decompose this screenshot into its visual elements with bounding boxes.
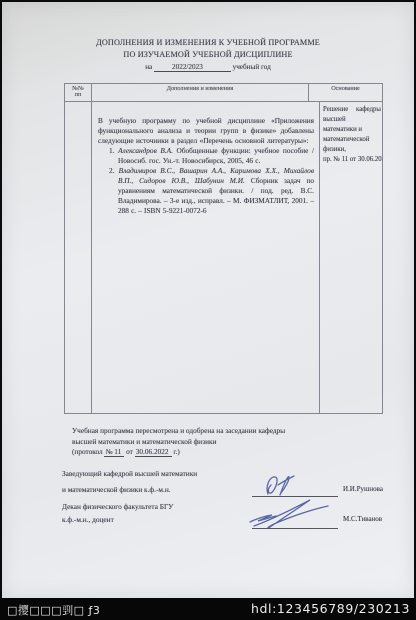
basis-line: математической: [323, 135, 381, 145]
protocol-line: (протокол № 11 от 30.06.2022 г.): [72, 447, 372, 458]
signature1-role-line1: Заведующий кафедрой высшей математики: [62, 469, 197, 478]
changes-cell: В учебную программу по учебной дисциплин…: [92, 102, 320, 414]
year-suffix: учебный год: [233, 63, 271, 71]
basis-line: физики,: [323, 145, 381, 155]
protocol-suffix: г.): [173, 447, 179, 456]
approval-line2: высшей математики и математической физик…: [72, 437, 372, 448]
basis-line: высшей математики и: [323, 115, 381, 135]
year-prefix: на: [145, 63, 152, 71]
item-number: 1.: [109, 146, 114, 155]
changes-table: №№ пп Дополнения и изменения Основание В…: [64, 83, 383, 414]
table-body-row: В учебную программу по учебной дисциплин…: [65, 102, 382, 414]
approval-note: Учебная программа пересмотрена и одобрен…: [72, 426, 372, 458]
col-num-header-line2: пп: [65, 92, 91, 99]
document-page: ДОПОЛНЕНИЯ И ИЗМЕНЕНИЯ К УЧЕБНОЙ ПРОГРАМ…: [2, 2, 414, 598]
row-number-cell: [65, 102, 92, 414]
signature1-role-line2: и математической физики к.ф.-м.н.: [62, 485, 171, 494]
approval-line1: Учебная программа пересмотрена и одобрен…: [72, 426, 372, 437]
signature2-role-line1: Декан физического факультета БГУ: [62, 502, 173, 511]
blank-underline: [154, 64, 170, 72]
basis-line: пр. № 11 от 30.06.2022: [323, 155, 381, 165]
document-title-block: ДОПОЛНЕНИЯ И ИЗМЕНЕНИЯ К УЧЕБНОЙ ПРОГРАМ…: [2, 38, 414, 72]
item-number: 2.: [109, 166, 114, 175]
basis-line: Решение кафедры: [323, 105, 381, 115]
signature2-scribble-icon: [236, 496, 340, 532]
col-basis-header: Основание: [309, 84, 382, 102]
handle-identifier: hdl:123456789/230213: [251, 601, 410, 616]
basis-cell: Решение кафедры высшей математики и мате…: [320, 102, 382, 414]
academic-year-line: на 2022/2023 учебный год: [2, 63, 414, 73]
blank-underline: [205, 64, 231, 72]
signature2-role-line2: к.ф.-м.н., доцент: [62, 515, 114, 524]
doc-title-line2: ПО ИЗУЧАЕМОЙ УЧЕБНОЙ ДИСЦИПЛИНЕ: [2, 50, 414, 59]
viewer-window: { "doc": { "title_line1": "ДОПОЛНЕНИЯ И …: [0, 0, 416, 620]
academic-year-value: 2022/2023: [170, 63, 205, 73]
table-header-row: №№ пп Дополнения и изменения Основание: [65, 84, 382, 102]
literature-item-1: 1. Александров В.А. Обобщенные функции: …: [98, 146, 314, 166]
protocol-mid: от: [126, 447, 133, 456]
protocol-prefix: (протокол: [72, 447, 103, 456]
doc-title-line1: ДОПОЛНЕНИЯ И ИЗМЕНЕНИЯ К УЧЕБНОЙ ПРОГРАМ…: [2, 38, 414, 47]
signature2-name: М.С.Тиванов: [343, 515, 382, 523]
col-changes-header: Дополнения и изменения: [92, 84, 309, 102]
signature1-scribble-icon: [260, 470, 306, 498]
status-garbled-text: □撄□□□剄□ ƒ3: [7, 602, 100, 618]
literature-item-2: 2. Владимиров В.С., Вашарин А.А., Каримо…: [98, 166, 314, 216]
protocol-date: 30.06.2022: [135, 447, 172, 457]
item-authors: Александров В.А.: [118, 146, 173, 155]
col-num-header: №№ пп: [65, 84, 92, 102]
signature1-name: И.И.Рушнова: [343, 485, 383, 493]
protocol-number: № 11: [104, 447, 124, 457]
changes-paragraph: В учебную программу по учебной дисциплин…: [98, 116, 314, 146]
status-bar: □撄□□□剄□ ƒ3 hdl:123456789/230213: [0, 598, 416, 620]
